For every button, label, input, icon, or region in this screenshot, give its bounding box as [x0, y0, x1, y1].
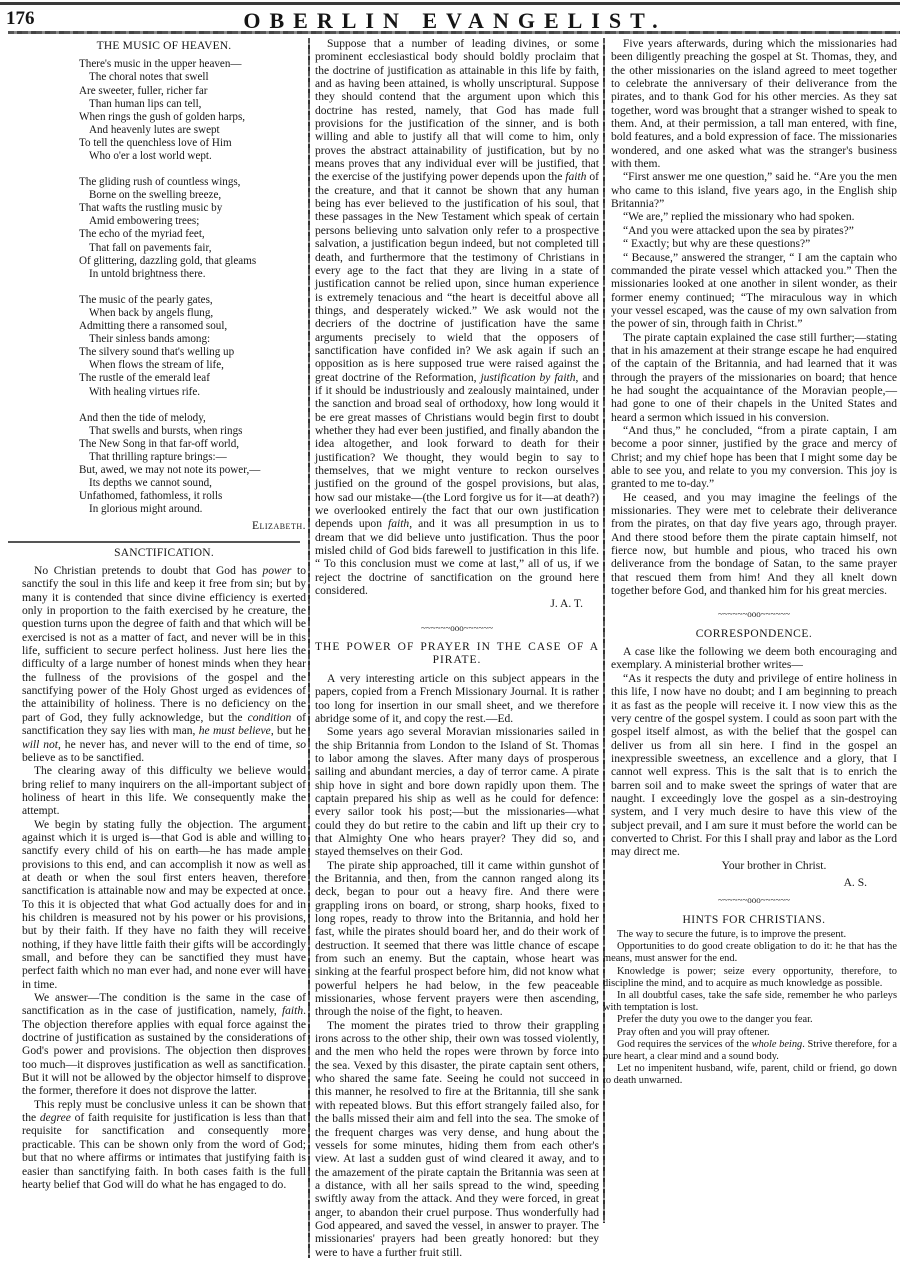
- hints-list: The way to secure the future, is to impr…: [603, 929, 897, 1088]
- sanctification-title: SANCTIFICATION.: [22, 547, 306, 560]
- poem-line: The New Song in that far-off world,: [79, 438, 306, 451]
- poem-stanza: The music of the pearly gates, When back…: [79, 294, 306, 399]
- hint-item: In all doubtful cases, take the safe sid…: [603, 990, 897, 1014]
- poem-body: There's music in the upper heaven— The c…: [79, 58, 306, 516]
- column-2: Suppose that a number of leading divines…: [315, 38, 599, 1260]
- poem-line: That thrilling rapture brings:—: [79, 451, 306, 464]
- poem-line: When rings the gush of golden harps,: [79, 111, 306, 124]
- poem-line: When flows the stream of life,: [79, 359, 306, 372]
- correspondence-closing: Your brother in Christ.: [651, 860, 897, 873]
- poem-line: In untold brightness there.: [79, 268, 306, 281]
- correspondence-paragraph: “As it respects the duty and privilege o…: [611, 673, 897, 860]
- poem-line: There's music in the upper heaven—: [79, 58, 306, 71]
- poem-line: Its depths we cannot sound,: [79, 477, 306, 490]
- hint-item: Knowledge is power; seize every opportun…: [603, 966, 897, 990]
- hint-item: Pray often and you will pray oftener.: [603, 1027, 897, 1039]
- ornamental-divider: ~~~~~~ooo~~~~~~: [611, 894, 897, 907]
- top-rule: [0, 2, 900, 5]
- correspondence-title: CORRESPONDENCE.: [611, 628, 897, 641]
- pirate-paragraph: The pirate ship approached, till it came…: [315, 860, 599, 1020]
- poem-line: That swells and bursts, when rings: [79, 425, 306, 438]
- hint-item: God requires the services of the whole b…: [603, 1039, 897, 1063]
- sanctification-paragraph: Suppose that a number of leading divines…: [315, 38, 599, 598]
- sanctification-paragraph: We answer—The condition is the same in t…: [22, 992, 306, 1099]
- ornamental-divider: ~~~~~~ooo~~~~~~: [315, 622, 599, 635]
- correspondence-paragraph: A case like the following we deem both e…: [611, 646, 897, 673]
- poem-line: To tell the quenchless love of Him: [79, 137, 306, 150]
- poem-stanza: And then the tide of melody, That swells…: [79, 412, 306, 517]
- sanctification-paragraph: The clearing away of this difficulty we …: [22, 765, 306, 818]
- poem-line: Amid embowering trees;: [79, 215, 306, 228]
- poem-line: Admitting there a ransomed soul,: [79, 320, 306, 333]
- poem-line: The silvery sound that's welling up: [79, 346, 306, 359]
- ornamental-divider: ~~~~~~ooo~~~~~~: [611, 608, 897, 621]
- poem-line: That wafts the rustling music by: [79, 202, 306, 215]
- pirate-paragraph: “And thus,” he concluded, “from a pirate…: [611, 425, 897, 492]
- correspondence-author: A. S.: [611, 877, 897, 890]
- poem-line: Than human lips can tell,: [79, 98, 306, 111]
- poem-line: Borne on the swelling breeze,: [79, 189, 306, 202]
- pirate-paragraph: The pirate captain explained the case st…: [611, 332, 897, 425]
- poem-line: And then the tide of melody,: [79, 412, 306, 425]
- pirate-title: THE POWER OF PRAYER IN THE CASE OF A PIR…: [315, 641, 599, 668]
- sanctification-paragraph: No Christian pretends to doubt that God …: [22, 565, 306, 765]
- pirate-paragraph: Five years afterwards, during which the …: [611, 38, 897, 171]
- section-rule: [8, 541, 300, 543]
- poem-line: The music of the pearly gates,: [79, 294, 306, 307]
- column-3: Five years afterwards, during which the …: [611, 38, 897, 1088]
- pirate-paragraph: “We are,” replied the missionary who had…: [611, 211, 897, 224]
- sanctification-paragraph: This reply must be conclusive unless it …: [22, 1099, 306, 1192]
- header-rule: [8, 31, 900, 34]
- poem-line: In glorious might around.: [79, 503, 306, 516]
- poem-line: When back by angels flung,: [79, 307, 306, 320]
- pirate-paragraph: The moment the pirates tried to throw th…: [315, 1020, 599, 1260]
- poem-line: The choral notes that swell: [79, 71, 306, 84]
- page-header: 176 OBERLIN EVANGELIST.: [0, 8, 900, 30]
- pirate-paragraph: Some years ago several Moravian missiona…: [315, 726, 599, 859]
- poem-title: THE MUSIC OF HEAVEN.: [22, 40, 306, 53]
- pirate-paragraph: “ Exactly; but why are these questions?”: [611, 238, 897, 251]
- pirate-paragraph: He ceased, and you may imagine the feeli…: [611, 492, 897, 599]
- column-rule-1: [308, 38, 310, 1258]
- poem-line: And heavenly lutes are swept: [79, 124, 306, 137]
- poem-line: That fall on pavements fair,: [79, 242, 306, 255]
- poem-stanza: The gliding rush of countless wings, Bor…: [79, 176, 306, 281]
- sanctification-author: J. A. T.: [315, 598, 599, 611]
- poem-line: With healing virtues rife.: [79, 386, 306, 399]
- poem-stanza: There's music in the upper heaven— The c…: [79, 58, 306, 163]
- pirate-paragraph: A very interesting article on this subje…: [315, 673, 599, 726]
- poem-line: Of glittering, dazzling gold, that gleam…: [79, 255, 306, 268]
- poem-author: Elizabeth.: [22, 520, 306, 533]
- hint-item: Let no impenitent husband, wife, parent,…: [603, 1063, 897, 1087]
- poem-line: Unfathomed, fathomless, it rolls: [79, 490, 306, 503]
- poem-line: The echo of the myriad feet,: [79, 228, 306, 241]
- pirate-paragraph: “And you were attacked upon the sea by p…: [611, 225, 897, 238]
- pirate-paragraph: “ Because,” answered the stranger, “ I a…: [611, 252, 897, 332]
- sanctification-paragraph: We begin by stating fully the objection.…: [22, 819, 306, 992]
- pirate-paragraph: “First answer me one question,” said he.…: [611, 171, 897, 211]
- poem-line: Their sinless bands among:: [79, 333, 306, 346]
- poem-line: The gliding rush of countless wings,: [79, 176, 306, 189]
- poem-line: Who o'er a lost world wept.: [79, 150, 306, 163]
- hint-item: Opportunities to do good create obligati…: [603, 941, 897, 965]
- hint-item: The way to secure the future, is to impr…: [603, 929, 897, 941]
- column-1: THE MUSIC OF HEAVEN. There's music in th…: [22, 38, 306, 1192]
- poem-line: The rustle of the emerald leaf: [79, 372, 306, 385]
- hint-item: Prefer the duty you owe to the danger yo…: [603, 1014, 897, 1026]
- poem-line: But, awed, we may not note its power,—: [79, 464, 306, 477]
- hints-title: HINTS FOR CHRISTIANS.: [611, 914, 897, 927]
- poem-line: Are sweeter, fuller, richer far: [79, 85, 306, 98]
